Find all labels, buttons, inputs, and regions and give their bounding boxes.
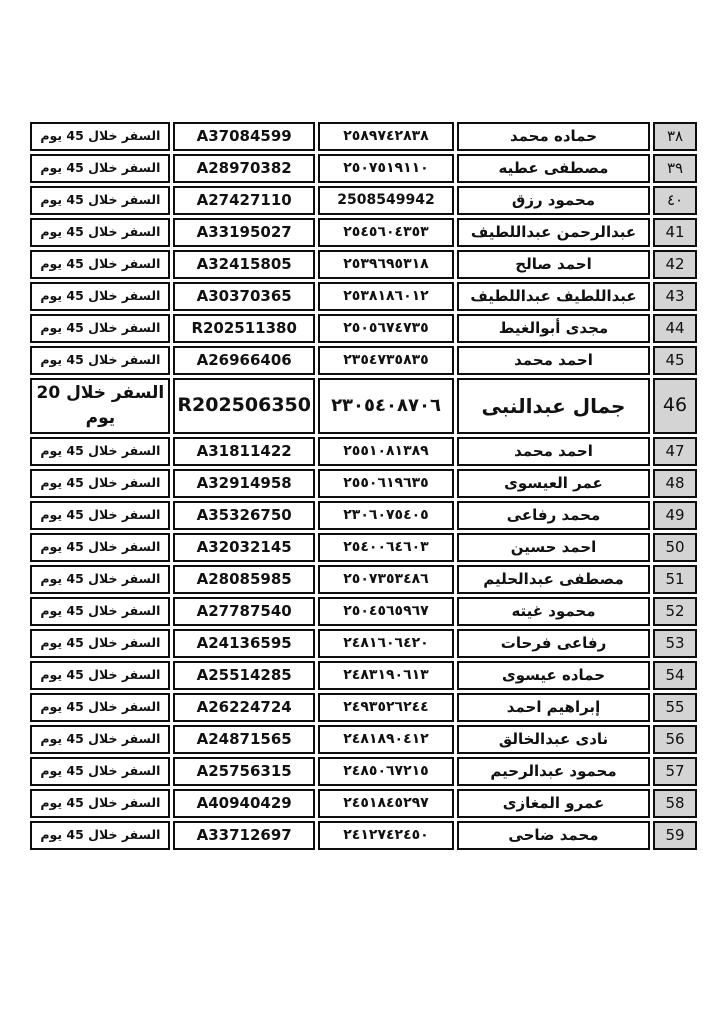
passport-number-cell: A33195027 <box>173 218 315 247</box>
national-id-cell: ٢٣٠٥٤٠٨٧٠٦ <box>318 378 454 434</box>
name-cell: نادى عبدالخالق <box>457 725 650 754</box>
passenger-table-body: ٣٨حماده محمد٢٥٨٩٧٤٢٨٣٨A37084599السفر خلا… <box>30 122 697 850</box>
row-number-cell: 46 <box>653 378 697 434</box>
name-cell: عبداللطيف عبداللطيف <box>457 282 650 311</box>
name-cell: مصطفى عبدالحليم <box>457 565 650 594</box>
name-cell: محمد رفاعى <box>457 501 650 530</box>
national-id-cell: ٢٥٤٠٠٦٤٦٠٣ <box>318 533 454 562</box>
row-number-cell: ٤٠ <box>653 186 697 215</box>
table-row: 45احمد محمد٢٣٥٤٧٣٥٨٣٥A26966406السفر خلال… <box>30 346 697 375</box>
passport-number-cell: A37084599 <box>173 122 315 151</box>
travel-note-cell: السفر خلال 45 يوم <box>30 757 170 786</box>
national-id-cell: ٢٥٣٩٦٩٥٣١٨ <box>318 250 454 279</box>
name-cell: عمر العيسوى <box>457 469 650 498</box>
passport-number-cell: A28970382 <box>173 154 315 183</box>
row-number-cell: 43 <box>653 282 697 311</box>
table-row: 42احمد صالح٢٥٣٩٦٩٥٣١٨A32415805السفر خلال… <box>30 250 697 279</box>
national-id-cell: ٢٤٨٣١٩٠٦١٣ <box>318 661 454 690</box>
travel-note-cell: السفر خلال 45 يوم <box>30 725 170 754</box>
table-row: 56نادى عبدالخالق٢٤٨١٨٩٠٤١٢A24871565السفر… <box>30 725 697 754</box>
travel-note-cell: السفر خلال 45 يوم <box>30 501 170 530</box>
national-id-cell: ٢٥٥٠٦١٩٦٣٥ <box>318 469 454 498</box>
travel-note-cell: السفر خلال 45 يوم <box>30 154 170 183</box>
passport-number-cell: A32032145 <box>173 533 315 562</box>
national-id-cell: ٢٥٠٧٥١٩١١٠ <box>318 154 454 183</box>
table-row: 53رفاعى فرحات٢٤٨١٦٠٦٤٢٠A24136595السفر خل… <box>30 629 697 658</box>
name-cell: حماده محمد <box>457 122 650 151</box>
row-number-cell: ٣٩ <box>653 154 697 183</box>
name-cell: عبدالرحمن عبداللطيف <box>457 218 650 247</box>
name-cell: مصطفى عطيه <box>457 154 650 183</box>
table-row: 57محمود عبدالرحيم٢٤٨٥٠٦٧٢١٥A25756315السف… <box>30 757 697 786</box>
table-row: 49محمد رفاعى٢٣٠٦٠٧٥٤٠٥A35326750السفر خلا… <box>30 501 697 530</box>
travel-note-cell: السفر خلال 45 يوم <box>30 693 170 722</box>
name-cell: حماده عيسوى <box>457 661 650 690</box>
row-number-cell: 51 <box>653 565 697 594</box>
travel-note-cell: السفر خلال 45 يوم <box>30 661 170 690</box>
name-cell: احمد صالح <box>457 250 650 279</box>
name-cell: احمد حسين <box>457 533 650 562</box>
travel-note-cell: السفر خلال 45 يوم <box>30 437 170 466</box>
table-row: 41عبدالرحمن عبداللطيف٢٥٤٥٦٠٤٣٥٣A33195027… <box>30 218 697 247</box>
table-row: 55إبراهيم احمد٢٤٩٣٥٢٦٢٤٤A26224724السفر خ… <box>30 693 697 722</box>
national-id-cell: ٢٥٣٨١٨٦٠١٢ <box>318 282 454 311</box>
travel-note-cell: السفر خلال 45 يوم <box>30 186 170 215</box>
passenger-table: ٣٨حماده محمد٢٥٨٩٧٤٢٨٣٨A37084599السفر خلا… <box>27 119 700 853</box>
row-number-cell: 52 <box>653 597 697 626</box>
name-cell: جمال عبدالنبى <box>457 378 650 434</box>
passport-number-cell: A35326750 <box>173 501 315 530</box>
national-id-cell: ٢٣٥٤٧٣٥٨٣٥ <box>318 346 454 375</box>
row-number-cell: 49 <box>653 501 697 530</box>
passport-number-cell: A40940429 <box>173 789 315 818</box>
travel-note-cell: السفر خلال 45 يوم <box>30 122 170 151</box>
national-id-cell: ٢٤٨١٦٠٦٤٢٠ <box>318 629 454 658</box>
row-number-cell: 58 <box>653 789 697 818</box>
travel-note-cell: السفر خلال 45 يوم <box>30 533 170 562</box>
travel-note-cell: السفر خلال 45 يوم <box>30 346 170 375</box>
passport-number-cell: A24871565 <box>173 725 315 754</box>
national-id-cell: ٢٤١٢٧٤٢٤٥٠ <box>318 821 454 850</box>
travel-note-cell: السفر خلال 45 يوم <box>30 821 170 850</box>
passport-number-cell: A27427110 <box>173 186 315 215</box>
passport-number-cell: A26966406 <box>173 346 315 375</box>
row-number-cell: 44 <box>653 314 697 343</box>
national-id-cell: ٢٥٠٥٦٧٤٧٣٥ <box>318 314 454 343</box>
row-number-cell: 42 <box>653 250 697 279</box>
row-number-cell: 41 <box>653 218 697 247</box>
passport-number-cell: A31811422 <box>173 437 315 466</box>
row-number-cell: 59 <box>653 821 697 850</box>
table-row: 51مصطفى عبدالحليم٢٥٠٧٣٥٣٤٨٦A28085985السف… <box>30 565 697 594</box>
table-row: ٣٨حماده محمد٢٥٨٩٧٤٢٨٣٨A37084599السفر خلا… <box>30 122 697 151</box>
passport-number-cell: A27787540 <box>173 597 315 626</box>
national-id-cell: ٢٥٠٧٣٥٣٤٨٦ <box>318 565 454 594</box>
passport-number-cell: A32914958 <box>173 469 315 498</box>
row-number-cell: ٣٨ <box>653 122 697 151</box>
passport-number-cell: A24136595 <box>173 629 315 658</box>
row-number-cell: 56 <box>653 725 697 754</box>
table-row: 59محمد ضاحى٢٤١٢٧٤٢٤٥٠A33712697السفر خلال… <box>30 821 697 850</box>
national-id-cell: ٢٤٩٣٥٢٦٢٤٤ <box>318 693 454 722</box>
passport-number-cell: R202511380 <box>173 314 315 343</box>
row-number-cell: 55 <box>653 693 697 722</box>
travel-note-cell: السفر خلال 45 يوم <box>30 629 170 658</box>
passport-number-cell: A30370365 <box>173 282 315 311</box>
passport-number-cell: A33712697 <box>173 821 315 850</box>
national-id-cell: ٢٤٥١٨٤٥٢٩٧ <box>318 789 454 818</box>
national-id-cell: ٢٥٨٩٧٤٢٨٣٨ <box>318 122 454 151</box>
national-id-cell: ٢٣٠٦٠٧٥٤٠٥ <box>318 501 454 530</box>
passport-number-cell: A25514285 <box>173 661 315 690</box>
table-row: ٣٩مصطفى عطيه٢٥٠٧٥١٩١١٠A28970382السفر خلا… <box>30 154 697 183</box>
passport-number-cell: A25756315 <box>173 757 315 786</box>
table-row: 47احمد محمد٢٥٥١٠٨١٣٨٩A31811422السفر خلال… <box>30 437 697 466</box>
row-number-cell: 53 <box>653 629 697 658</box>
travel-note-cell: السفر خلال 20 يوم <box>30 378 170 434</box>
name-cell: محمود عبدالرحيم <box>457 757 650 786</box>
name-cell: محمود رزق <box>457 186 650 215</box>
table-row: 50احمد حسين٢٥٤٠٠٦٤٦٠٣A32032145السفر خلال… <box>30 533 697 562</box>
passport-number-cell: A28085985 <box>173 565 315 594</box>
table-row: 43عبداللطيف عبداللطيف٢٥٣٨١٨٦٠١٢A30370365… <box>30 282 697 311</box>
travel-note-cell: السفر خلال 45 يوم <box>30 250 170 279</box>
travel-note-cell: السفر خلال 45 يوم <box>30 597 170 626</box>
travel-note-cell: السفر خلال 45 يوم <box>30 314 170 343</box>
national-id-cell: ٢٤٨١٨٩٠٤١٢ <box>318 725 454 754</box>
name-cell: رفاعى فرحات <box>457 629 650 658</box>
name-cell: احمد محمد <box>457 346 650 375</box>
name-cell: محمد ضاحى <box>457 821 650 850</box>
national-id-cell: 2508549942 <box>318 186 454 215</box>
name-cell: محمود غيته <box>457 597 650 626</box>
travel-note-cell: السفر خلال 45 يوم <box>30 789 170 818</box>
row-number-cell: 50 <box>653 533 697 562</box>
travel-note-cell: السفر خلال 45 يوم <box>30 469 170 498</box>
national-id-cell: ٢٥٠٤٥٦٥٩٦٧ <box>318 597 454 626</box>
table-row: 54حماده عيسوى٢٤٨٣١٩٠٦١٣A25514285السفر خل… <box>30 661 697 690</box>
row-number-cell: 54 <box>653 661 697 690</box>
name-cell: مجدى أبوالغيط <box>457 314 650 343</box>
travel-note-cell: السفر خلال 45 يوم <box>30 565 170 594</box>
national-id-cell: ٢٤٨٥٠٦٧٢١٥ <box>318 757 454 786</box>
table-row: 44مجدى أبوالغيط٢٥٠٥٦٧٤٧٣٥R202511380السفر… <box>30 314 697 343</box>
name-cell: احمد محمد <box>457 437 650 466</box>
table-row: 52محمود غيته٢٥٠٤٥٦٥٩٦٧A27787540السفر خلا… <box>30 597 697 626</box>
national-id-cell: ٢٥٤٥٦٠٤٣٥٣ <box>318 218 454 247</box>
national-id-cell: ٢٥٥١٠٨١٣٨٩ <box>318 437 454 466</box>
travel-note-cell: السفر خلال 45 يوم <box>30 218 170 247</box>
name-cell: إبراهيم احمد <box>457 693 650 722</box>
document-page: ٣٨حماده محمد٢٥٨٩٧٤٢٨٣٨A37084599السفر خلا… <box>0 0 720 1018</box>
passport-number-cell: A26224724 <box>173 693 315 722</box>
table-row: 46جمال عبدالنبى٢٣٠٥٤٠٨٧٠٦R202506350السفر… <box>30 378 697 434</box>
travel-note-cell: السفر خلال 45 يوم <box>30 282 170 311</box>
passport-number-cell: R202506350 <box>173 378 315 434</box>
name-cell: عمرو المغازى <box>457 789 650 818</box>
table-row: ٤٠محمود رزق2508549942A27427110السفر خلال… <box>30 186 697 215</box>
table-row: 58عمرو المغازى٢٤٥١٨٤٥٢٩٧A40940429السفر خ… <box>30 789 697 818</box>
row-number-cell: 45 <box>653 346 697 375</box>
row-number-cell: 57 <box>653 757 697 786</box>
row-number-cell: 47 <box>653 437 697 466</box>
table-row: 48عمر العيسوى٢٥٥٠٦١٩٦٣٥A32914958السفر خل… <box>30 469 697 498</box>
passport-number-cell: A32415805 <box>173 250 315 279</box>
row-number-cell: 48 <box>653 469 697 498</box>
